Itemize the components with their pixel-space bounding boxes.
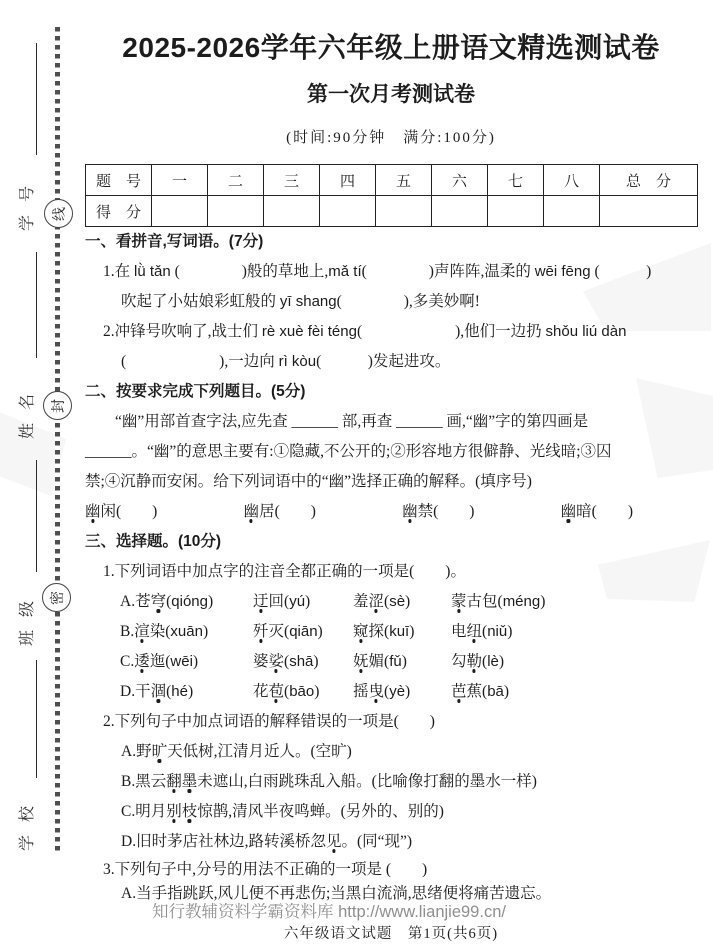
score-cell-empty xyxy=(432,196,488,227)
school-blank-line xyxy=(36,660,37,778)
question-2-option-a: A.野旷天低树,江清月近人。(空旷) xyxy=(85,737,697,767)
margin-label-class: 班级 xyxy=(14,573,36,661)
option-item: B.渲染(xuān) xyxy=(120,617,253,647)
name-blank-line xyxy=(36,252,37,358)
seal-stamp-mi: 密 xyxy=(42,583,71,612)
seal-stamp-feng: 封 xyxy=(43,391,72,420)
score-header-cell: 总 分 xyxy=(600,165,698,196)
score-table-score-row: 得 分 xyxy=(86,196,698,227)
exam-page: 学号 姓名 班级 学校 线 封 密 2025-2026学年六年级上册语文精选测试… xyxy=(0,0,713,945)
question-1-option-row-c: C.逶迤(wēi) 婆娑(shā) 妩媚(fǔ) 勾勒(lè) xyxy=(85,647,697,677)
score-table: 题 号 一 二 三 四 五 六 七 八 总 分 得 分 xyxy=(85,164,698,227)
word-item: 幽禁( ) xyxy=(402,497,474,527)
score-cell-empty xyxy=(544,196,600,227)
margin-label-student-id: 学号 xyxy=(14,158,36,246)
score-header-cell: 四 xyxy=(320,165,376,196)
question-2-option-c: C.明月别枝惊鹊,清风半夜鸣蝉。(另外的、别的) xyxy=(85,797,697,827)
seal-stamp-xian: 线 xyxy=(44,199,73,228)
page-footer: 六年级语文试题 第1页(共6页) xyxy=(85,925,697,943)
section-1-line: ( ),一边向 rì kòu( )发起进攻。 xyxy=(85,347,697,377)
question-1: 1.下列词语中加点字的注音全都正确的一项是( )。 xyxy=(85,557,697,587)
question-3-option-a: A.当手指跳跃,风儿便不再悲伤;当黑白流淌,思绪便将痛苦遗忘。 xyxy=(85,883,697,905)
score-table-header-row: 题 号 一 二 三 四 五 六 七 八 总 分 xyxy=(86,165,698,196)
score-header-cell: 一 xyxy=(152,165,208,196)
option-item: C.逶迤(wēi) xyxy=(120,647,253,677)
seal-char: 密 xyxy=(47,591,67,605)
page-title: 2025-2026学年六年级上册语文精选测试卷 xyxy=(85,28,697,68)
word-item: 幽居( ) xyxy=(244,497,316,527)
option-item: 羞涩(sè) xyxy=(353,587,451,617)
margin-label-name: 姓名 xyxy=(14,366,36,454)
option-item: 窥探(kuī) xyxy=(353,617,451,647)
section-2-line: ______。“幽”的意思主要有:①隐藏,不公开的;②形容地方很僻静、光线暗;③… xyxy=(85,437,697,467)
exam-content: 2025-2026学年六年级上册语文精选测试卷 第一次月考测试卷 (时间:90分… xyxy=(85,28,697,943)
score-header-cell: 五 xyxy=(376,165,432,196)
student-id-blank-line xyxy=(36,43,37,155)
section-1-line: 1.在 lǜ tǎn ( )般的草地上,mǎ tí( )声阵阵,温柔的 wēi … xyxy=(85,257,697,287)
question-1-option-row-a: A.苍穹(qióng) 迂回(yú) 羞涩(sè) 蒙古包(méng) xyxy=(85,587,697,617)
section-2-word-row: 幽闲( ) 幽居( ) 幽禁( ) 幽暗( ) xyxy=(85,497,633,527)
question-1-option-row-b: B.渲染(xuān) 歼灭(qiān) 窥探(kuī) 电纽(niǔ) xyxy=(85,617,697,647)
score-header-cell: 六 xyxy=(432,165,488,196)
score-cell-empty xyxy=(152,196,208,227)
score-cell-empty xyxy=(376,196,432,227)
section-2-heading: 二、按要求完成下列题目。(5分) xyxy=(85,377,697,407)
option-item: 歼灭(qiān) xyxy=(253,617,353,647)
score-header-cell: 七 xyxy=(488,165,544,196)
word-item: 幽闲( ) xyxy=(85,497,157,527)
score-row-label: 得 分 xyxy=(86,196,152,227)
score-header-cell: 三 xyxy=(264,165,320,196)
question-2-option-b: B.黑云翻墨未遮山,白雨跳珠乱入船。(比喻像打翻的墨水一样) xyxy=(85,767,697,797)
section-2-line: 禁;④沉静而安闲。给下列词语中的“幽”选择正确的解释。(填序号) xyxy=(85,467,697,497)
option-item: 妩媚(fǔ) xyxy=(353,647,451,677)
exam-time-score-info: (时间:90分钟 满分:100分) xyxy=(85,127,697,149)
score-cell-empty xyxy=(488,196,544,227)
seal-dotted-line xyxy=(55,27,60,855)
score-header-cell: 八 xyxy=(544,165,600,196)
section-3-heading: 三、选择题。(10分) xyxy=(85,527,697,557)
exam-subtitle: 第一次月考测试卷 xyxy=(85,80,697,110)
option-item: 花苞(bāo) xyxy=(253,677,353,707)
option-item: 迂回(yú) xyxy=(253,587,353,617)
section-2-line: “幽”用部首查字法,应先查 ______ 部,再查 ______ 画,“幽”字的… xyxy=(85,407,697,437)
seal-char: 线 xyxy=(49,207,69,221)
option-item: D.干涸(hé) xyxy=(120,677,253,707)
score-cell-empty xyxy=(208,196,264,227)
score-cell-empty xyxy=(264,196,320,227)
option-item: 勾勒(lè) xyxy=(451,647,697,677)
score-cell-empty xyxy=(600,196,698,227)
watermark-text: 知行教辅资料学霸资料库 http://www.lianjie99.cn/ xyxy=(23,903,635,921)
option-item: 芭蕉(bā) xyxy=(451,677,697,707)
option-item: 婆娑(shā) xyxy=(253,647,353,677)
score-header-cell: 题 号 xyxy=(86,165,152,196)
option-item: 电纽(niǔ) xyxy=(451,617,697,647)
score-header-cell: 二 xyxy=(208,165,264,196)
option-item: 摇曳(yè) xyxy=(353,677,451,707)
margin-label-school: 学校 xyxy=(14,778,36,866)
class-blank-line xyxy=(36,460,37,572)
section-1-heading: 一、看拼音,写词语。(7分) xyxy=(85,227,697,257)
word-item: 幽暗( ) xyxy=(561,497,633,527)
option-item: 蒙古包(méng) xyxy=(451,587,697,617)
seal-char: 封 xyxy=(48,399,68,413)
question-2: 2.下列句子中加点词语的解释错误的一项是( ) xyxy=(85,707,697,737)
section-1-line: 吹起了小姑娘彩虹般的 yī shang( ),多美妙啊! xyxy=(85,287,697,317)
question-1-option-row-d: D.干涸(hé) 花苞(bāo) 摇曳(yè) 芭蕉(bā) xyxy=(85,677,697,707)
score-cell-empty xyxy=(320,196,376,227)
option-item: A.苍穹(qióng) xyxy=(120,587,253,617)
question-3: 3.下列句子中,分号的用法不正确的一项是 ( ) xyxy=(85,857,697,883)
section-1-line: 2.冲锋号吹响了,战士们 rè xuè fèi téng( ),他们一边扔 sh… xyxy=(85,317,697,347)
question-2-option-d: D.旧时茅店社林边,路转溪桥忽见。(同“现”) xyxy=(85,827,697,857)
